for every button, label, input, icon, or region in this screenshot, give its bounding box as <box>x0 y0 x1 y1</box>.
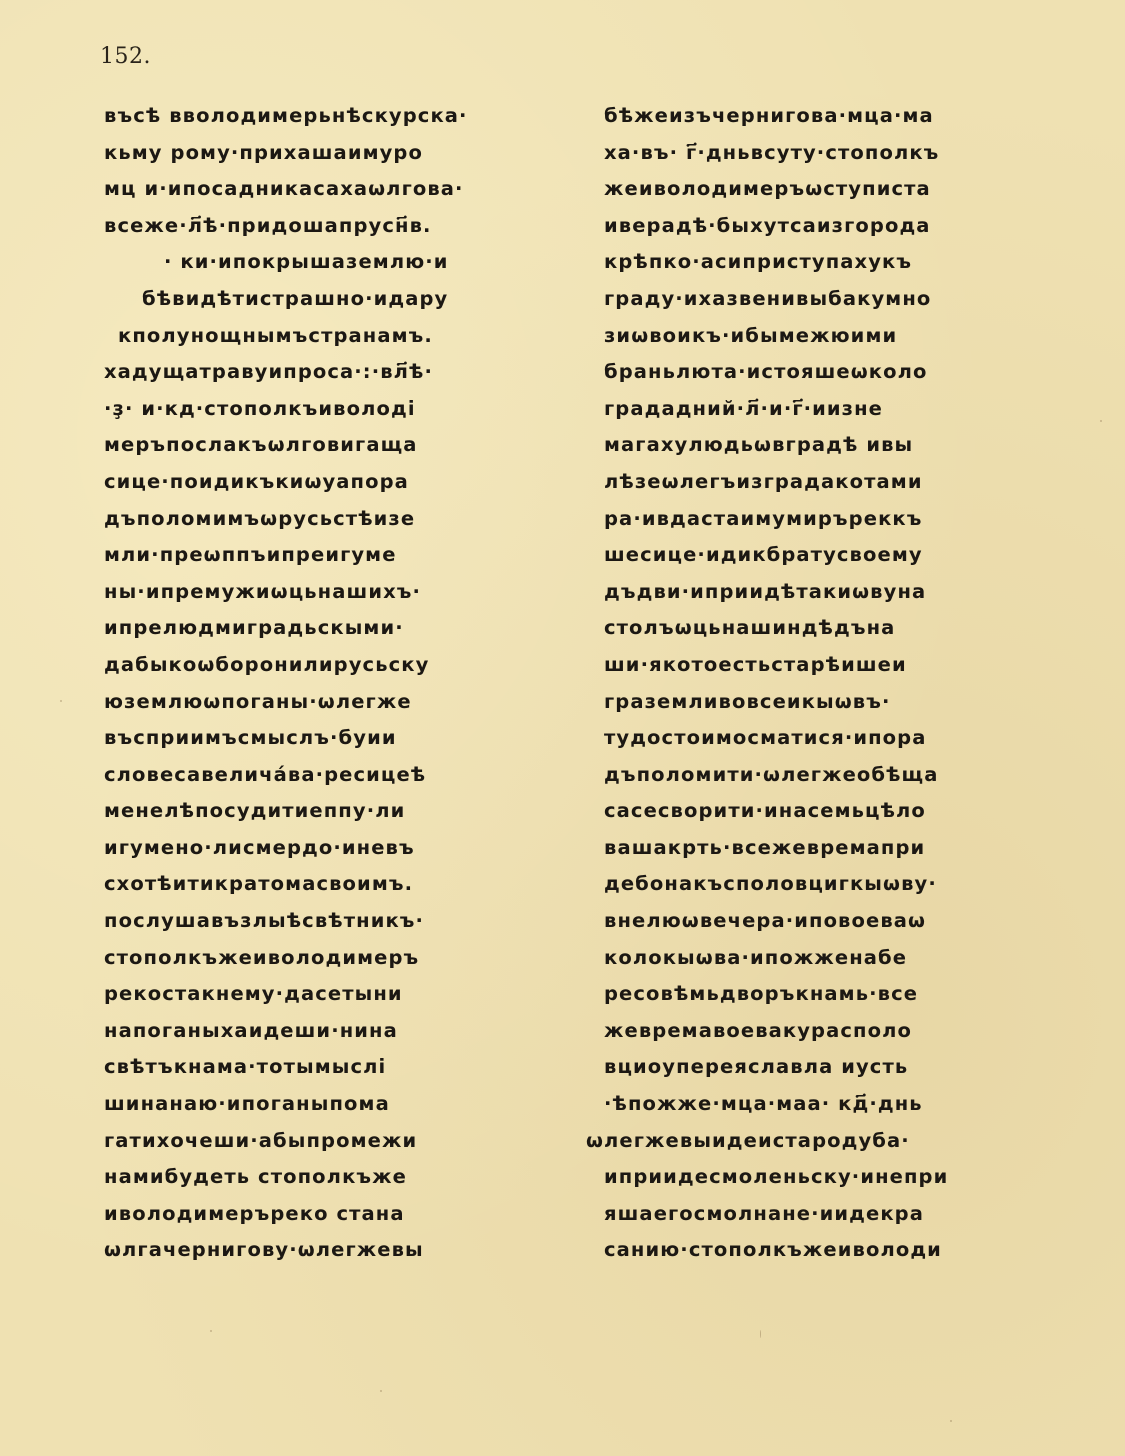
text-line: тудостоимосматися·ипора <box>604 720 1096 757</box>
paper-speck <box>760 1330 761 1338</box>
paper-speck <box>950 1420 952 1422</box>
text-line: мли·преѡппъипреигуме <box>104 537 574 574</box>
text-line: дабыкоѡборонилирусьску <box>104 647 574 684</box>
text-line: санию·стополкъжеиволоди <box>604 1232 1096 1269</box>
left-text-column: въсѣ вволодимерьнѣскурска· кьму ромУ·при… <box>104 98 574 1269</box>
text-line: рекостакнему·дасетыни <box>104 976 574 1013</box>
text-line: въсприимъсмыслъ·буии <box>104 720 574 757</box>
text-line: бѣвидѣтистрашно·идару <box>104 281 574 318</box>
text-line: ны·ипремужиѡцьнашихъ· <box>104 574 574 611</box>
text-line: шесице·идикбратусвоему <box>604 537 1096 574</box>
text-line: Ѡлегжевыидеистародуба· <box>586 1123 1096 1160</box>
text-line: ши·якотоестьстарѣишеи <box>604 647 1096 684</box>
text-line: менелѣпосудитиеппу·ли <box>104 793 574 830</box>
paper-speck <box>380 1390 382 1392</box>
text-line: сице·поидикъкиѡуапора <box>104 464 574 501</box>
text-line: магахулюдьѡвградѣ ивы <box>604 427 1096 464</box>
text-line: намибудеть стополкъже <box>104 1159 574 1196</box>
text-line: граду·ихазвенивыбакумно <box>604 281 1096 318</box>
text-line: лѣзеѡлегъизградакотами <box>604 464 1096 501</box>
text-line: браньлюта·истояшеѡколо <box>604 354 1096 391</box>
text-line: ·ѣпожже·мца·маа· кд҃·днь <box>604 1086 1096 1123</box>
paper-speck <box>210 1330 212 1332</box>
page-number: 152. <box>100 44 151 69</box>
text-line: схотѣитикратомасвоимъ. <box>104 866 574 903</box>
text-line: дъдви·иприидѣтакиѡвуна <box>604 574 1096 611</box>
paper-speck <box>60 700 62 702</box>
text-line: яшаегосмолнане·иидекра <box>604 1196 1096 1233</box>
text-line: иверадѣ·быхутсаизгорода <box>604 208 1096 245</box>
text-line: юземлюѡпоганы·ѡлегже <box>104 684 574 721</box>
text-line: кполунощнымъстранамъ. <box>104 318 574 355</box>
text-line: сасесворити·инасемьцѣло <box>604 793 1096 830</box>
text-line: дъполомимъѡрусьстѣизе <box>104 501 574 538</box>
text-line: мц и·ипосадникасахаѡлгова· <box>104 171 574 208</box>
text-line: внелюѡвечера·иповоеваѡ <box>604 903 1096 940</box>
text-line: стополкъжеиволодимеръ <box>104 940 574 977</box>
text-line: грададний·л҃·и·г҃·Иизне <box>604 391 1096 428</box>
text-line: дебонакъсполовцигкыѡву· <box>604 866 1096 903</box>
text-line: ресовѣмьдворъкнамь·все <box>604 976 1096 1013</box>
text-line: ·ҙ· и·кд·Стополкъиволоді <box>104 391 574 428</box>
text-line: жеиволодимеръѡступиста <box>604 171 1096 208</box>
text-line: вашакрть·всежевремапри <box>604 830 1096 867</box>
text-line: ипрелюдмиградьскыми· <box>104 610 574 647</box>
text-line: столъѡцьнашиндѣдъна <box>604 610 1096 647</box>
text-line: словесавелича́ва·ресицеѣ <box>104 757 574 794</box>
text-line: колокыѡва·ипожженабе <box>604 940 1096 977</box>
text-line: ѡлгачернигову·ѡлегжевы <box>104 1232 574 1269</box>
text-line: дъполомити·ѡлегжеобѣща <box>604 757 1096 794</box>
text-line: напоганыхаидеши·нина <box>104 1013 574 1050</box>
text-line: въсѣ вволодимерьнѣскурска· <box>104 98 574 135</box>
text-line: жевремавоевакурасполо <box>604 1013 1096 1050</box>
text-line: игумено·лисмердо·иневъ <box>104 830 574 867</box>
text-line: · ки·Ипокрышаземлю·и <box>104 244 574 281</box>
text-line: хадущатравуипроса·:·вл҃ѣ· <box>104 354 574 391</box>
text-line: меръпослакъѡлговигаща <box>104 427 574 464</box>
manuscript-page: 152. въсѣ вволодимерьнѣскурска· кьму ром… <box>0 0 1125 1456</box>
text-line: ха·въ· г҃·дньвсуту·Стополкъ <box>604 135 1096 172</box>
text-line: ра·ивдастаимумиръреккъ <box>604 501 1096 538</box>
text-line: граземливовсеикыѡвъ· <box>604 684 1096 721</box>
text-line: послушавъзлыѣсвѣтникъ· <box>104 903 574 940</box>
text-line: шинанаю·ипоганыпома <box>104 1086 574 1123</box>
paper-speck <box>1100 420 1102 422</box>
text-line: всеже·л҃ѣ·Придошапрусн҃в. <box>104 208 574 245</box>
right-text-column: бѣжеизъчернигова·мца·ма ха·въ· г҃·дньвсу… <box>604 98 1096 1269</box>
text-line: гатихочеши·абыпромежи <box>104 1123 574 1160</box>
text-line: вциоупереяславла иусть <box>604 1049 1096 1086</box>
text-line: иволодимеръреко стана <box>104 1196 574 1233</box>
text-line: кьму ромУ·прихашаимУро <box>104 135 574 172</box>
text-line: крѣпко·асиприступахукъ <box>604 244 1096 281</box>
text-line: иприидесмоленьску·инепри <box>604 1159 1096 1196</box>
text-line: зиѡвоикъ·ибымежюими <box>604 318 1096 355</box>
text-line: бѣжеизъчернигова·мца·ма <box>604 98 1096 135</box>
text-line: свѣтъкнама·тотымыслі <box>104 1049 574 1086</box>
